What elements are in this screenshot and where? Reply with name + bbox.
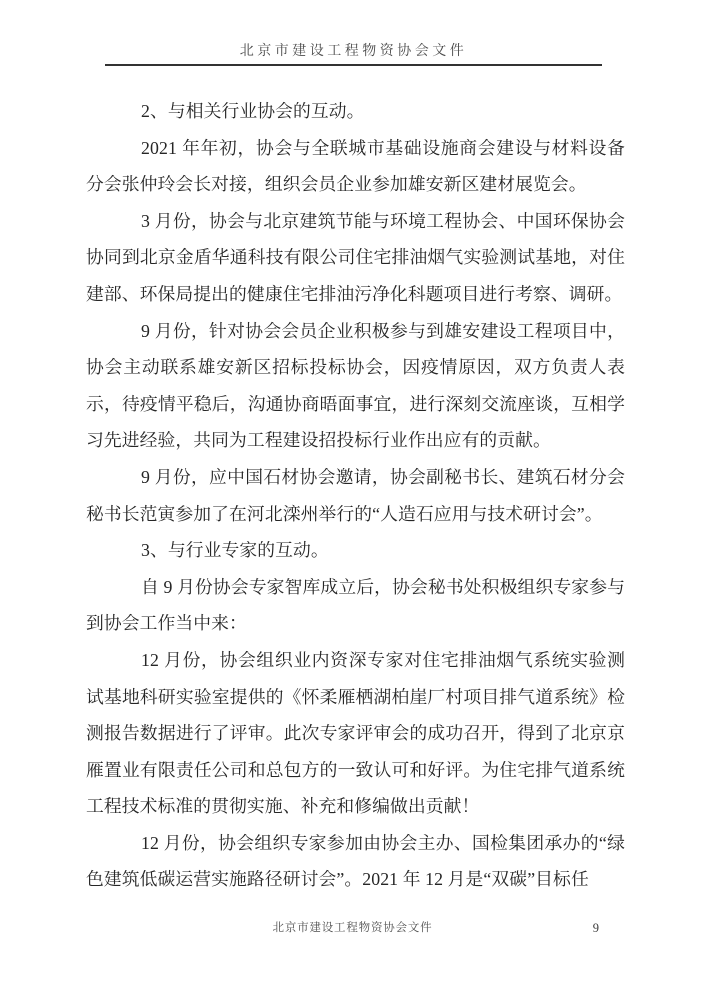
document-page: 北京市建设工程物资协会文件 2、与相关行业协会的互动。 2021 年年初，协会与… <box>0 0 707 1000</box>
paragraph: 12 月份，协会组织业内资深专家对住宅排油烟气系统实验测试基地科研实验室提供的《… <box>86 642 625 825</box>
page-header: 北京市建设工程物资协会文件 <box>0 0 707 66</box>
paragraph: 自 9 月份协会专家智库成立后，协会秘书处积极组织专家参与到协会工作当中来： <box>86 569 625 642</box>
header-title: 北京市建设工程物资协会文件 <box>0 44 707 60</box>
page-number: 9 <box>593 921 599 936</box>
paragraph: 2021 年年初，协会与全联城市基础设施商会建设与材料设备分会张仲玲会长对接，组… <box>86 130 625 203</box>
paragraph: 12 月份，协会组织专家参加由协会主办、国检集团承办的“绿色建筑低碳运营实施路径… <box>86 825 625 898</box>
paragraph: 3 月份，协会与北京建筑节能与环境工程协会、中国环保协会协同到北京金盾华通科技有… <box>86 203 625 313</box>
section-heading: 3、与行业专家的互动。 <box>86 532 625 569</box>
footer-title: 北京市建设工程物资协会文件 <box>104 921 601 936</box>
section-heading: 2、与相关行业协会的互动。 <box>86 93 625 130</box>
document-body: 2、与相关行业协会的互动。 2021 年年初，协会与全联城市基础设施商会建设与材… <box>86 93 625 898</box>
header-rule-divider <box>105 64 602 66</box>
paragraph: 9 月份，针对协会会员企业积极参与到雄安建设工程项目中，协会主动联系雄安新区招标… <box>86 313 625 459</box>
paragraph: 9 月份，应中国石材协会邀请，协会副秘书长、建筑石材分会秘书长范寅参加了在河北滦… <box>86 459 625 532</box>
page-footer: 北京市建设工程物资协会文件 9 <box>104 921 601 936</box>
